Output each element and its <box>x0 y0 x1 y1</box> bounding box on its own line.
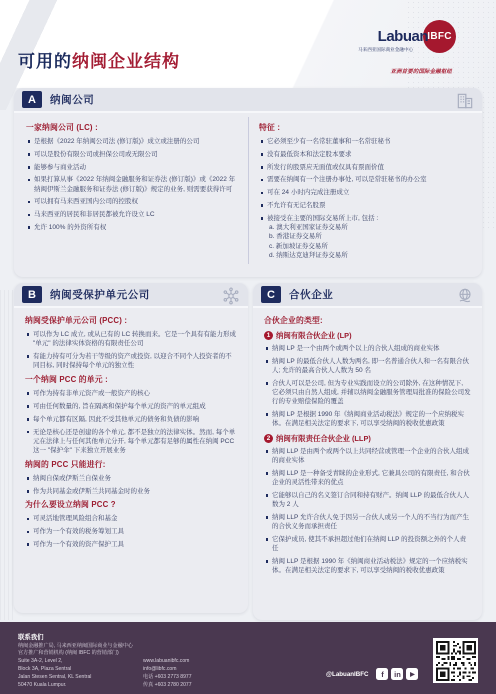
section-c-content: 合伙企业的类型: 1 纳闽有限合伙企业 (LP) 纳闽 LP 是一个由两个或两个… <box>253 308 482 575</box>
section-b-badge: B <box>22 286 42 303</box>
exchange-item: b. 香港证券交易所 <box>267 232 472 241</box>
lp-title: 纳闽有限合伙企业 (LP) <box>276 330 352 341</box>
pcc-why-heading: 为什么要设立纳闽 PCC ? <box>25 499 237 510</box>
pcc-list: 可以作为 LC 成立, 或从已有的 LC 转换而来。它是一个具有有能力形成 "单… <box>25 330 237 370</box>
page-title: 可用的纳闽企业结构 <box>18 47 180 72</box>
list-item: 它能够以自己的名义签订合同和持有财产。纳闽 LLP 的最低合伙人人数为 2 人 <box>264 491 471 509</box>
list-item: 如果打算从事《2022 年纳闽金融服务和证券法 (修订版)》或《2022 年纳闽… <box>26 175 240 193</box>
number-2-icon: 2 <box>264 434 273 443</box>
address-line: 50470 Kuala Lumpur. <box>18 682 91 690</box>
list-item: 它保护成员, 使其不承担超过他们在纳闽 LLP 的投资额之外的个人责任 <box>264 535 471 553</box>
section-partnerships: C 合伙企业 合伙企业的类型: 1 纳闽有限合伙企业 (LP) 纳闽 LP 是一… <box>253 283 482 620</box>
section-a-content: 一家纳闽公司 (LC) : 是根据《2022 年纳闽公司法 (修订版)》成立或注… <box>14 113 482 264</box>
logo-tagline: 亚洲首要的国际金融枢纽 <box>391 67 453 75</box>
network-icon <box>221 286 241 306</box>
address-line: Jalan Stesen Sentral, KL Sentral <box>18 674 91 682</box>
pcc-business-list: 纳闽自保或伊斯兰自保业务 作为共同基金或伊斯兰共同基金时的业务 <box>25 474 237 496</box>
features-bullet-list: 它必须至少有一名常驻董事和一名常驻秘书 没有最低资本和法定股本要求 所发行的股票… <box>259 137 472 260</box>
list-item: 允许 100% 的外资所有权 <box>26 223 240 232</box>
decor-stripe-left <box>0 290 14 620</box>
lc-heading: 一家纳闽公司 (LC) : <box>26 122 240 133</box>
list-item: 纳闽 LP 的最低合伙人人数为两名, 即一名普通合伙人和一名有限合伙人; 允许的… <box>264 357 471 375</box>
section-a-badge: A <box>22 91 42 108</box>
pcc-heading: 纳闽受保护单元公司 (PCC) : <box>25 315 237 326</box>
youtube-icon[interactable]: ▶ <box>406 668 418 680</box>
page-title-prefix: 可用的 <box>18 52 72 71</box>
fax-number: 传真 +603 2780 2077 <box>143 682 192 690</box>
list-item: 它必须至少有一名常驻董事和一名常驻秘书 <box>259 137 472 146</box>
list-item: 作为共同基金或伊斯兰共同基金时的业务 <box>25 487 237 496</box>
social-row: @LabuanIBFC f in ▶ <box>326 668 418 680</box>
llp-list: 纳闽 LLP 是由两个或两个以上共同经营或管理一个企业的合伙人组成的商业实体 纳… <box>264 447 471 576</box>
list-item: 纳闽自保或伊斯兰自保业务 <box>25 474 237 483</box>
footer-contact-block: 联系我们 纳闽金融推广局, 马来西亚纳闽国际商业与金融中心 官方推广和营销机构 … <box>18 632 218 658</box>
list-item: 无论是核心还是创建的各个单元, 都不是独立的法律实体。然而, 每个单元在法律上与… <box>25 428 237 456</box>
list-item: 合伙人可以是公司, 但为专业实践而设立的公司除外, 在这种情况下, 它必须只由自… <box>264 379 471 407</box>
list-item: 可灵活地管理风险组合和基金 <box>25 514 237 523</box>
list-item: 不允许有无记名股票 <box>259 201 472 210</box>
pcc-business-heading: 纳闽的 PCC 只能进行: <box>25 459 237 470</box>
address-line: Suite 3A-2, Level 2, <box>18 658 91 666</box>
section-labuan-company: A 纳闽公司 一家纳闽公司 (LC) : 是根据《2022 年纳闽公司法 (修订… <box>14 88 482 277</box>
section-b-header: B 纳闽受保护单元公司 <box>14 283 248 308</box>
lp-subsection-title: 1 纳闽有限合伙企业 (LP) <box>264 330 471 341</box>
list-item: 没有最低资本和法定股本要求 <box>259 150 472 159</box>
partnership-types-heading: 合伙企业的类型: <box>264 315 471 326</box>
social-handle: @LabuanIBFC <box>326 671 368 678</box>
website-link[interactable]: www.labuanibfc.com <box>143 658 192 666</box>
list-item: 有能力持有可分为若干等级的资产或投资, 以迎合不同个人投资者的不同目标, 同时保… <box>25 352 237 370</box>
list-item: 可以作为 LC 成立, 或从已有的 LC 转换而来。它是一个具有有能力形成 "单… <box>25 330 237 348</box>
list-item: 可以是股份有限公司或担保公司或无限公司 <box>26 150 240 159</box>
list-item: 可作为一个有效的资产保护工具 <box>25 540 237 549</box>
section-b-title: 纳闽受保护单元公司 <box>50 287 150 302</box>
section-c-header: C 合伙企业 <box>253 283 482 308</box>
section-a-left-column: 一家纳闽公司 (LC) : 是根据《2022 年纳闽公司法 (修订版)》成立或注… <box>24 117 248 264</box>
qr-code <box>433 638 478 683</box>
list-item: 能够参与商业活动 <box>26 163 240 172</box>
llp-subsection-title: 2 纳闽有限责任合伙企业 (LLP) <box>264 433 471 444</box>
section-b-content: 纳闽受保护单元公司 (PCC) : 可以作为 LC 成立, 或从已有的 LC 转… <box>14 308 248 549</box>
number-1-icon: 1 <box>264 331 273 340</box>
pcc-cell-heading: 一个纳闽 PCC 的单元 : <box>25 374 237 385</box>
section-c-title: 合伙企业 <box>289 287 333 302</box>
pcc-why-list: 可灵活地管理风险组合和基金 可作为一个有效的税务筹划工具 可作为一个有效的资产保… <box>25 514 237 549</box>
list-item: 是根据《2022 年纳闽公司法 (修订版)》成立或注册的公司 <box>26 137 240 146</box>
facebook-icon[interactable]: f <box>376 668 388 680</box>
list-item: 纳闽 LLP 是根据 1990 年《纳闽商业活动税法》规定的一个应纳税实体。在满… <box>264 557 471 575</box>
footer-contact-details: www.labuanibfc.com info@libfc.com 电话 +60… <box>143 658 192 690</box>
list-item: 纳闽 LP 是一个由两个或两个以上的合伙人组成的商业实体 <box>264 344 471 353</box>
contact-heading: 联系我们 <box>18 632 218 641</box>
section-protected-cell-company: B 纳闽受保护单元公司 纳闽受保护单元公司 (PCC) : 可以作为 LC 成立… <box>14 283 248 613</box>
list-item: 纳闽 LLP 允许合伙人免于因另一合伙人或另一个人的不当行为而产生的合伙义务而承… <box>264 513 471 531</box>
page-title-main: 纳闽企业结构 <box>72 52 180 71</box>
llp-title: 纳闽有限责任合伙企业 (LLP) <box>276 433 371 444</box>
linkedin-icon[interactable]: in <box>391 668 403 680</box>
section-c-badge: C <box>261 286 281 303</box>
list-item: 纳闽 LLP 是一种备受青睐的企业形式, 它兼具公司的有限责任, 和合伙企业的灵… <box>264 469 471 487</box>
list-item: 马来西亚的居民和非居民都被允许设立 LC <box>26 210 240 219</box>
pcc-cell-list: 可作为持有非单元资产或一般资产的核心 可由任何数量的, 旨在隔离和保护每个单元的… <box>25 389 237 455</box>
list-item: 纳闽 LLP 是由两个或两个以上共同经营或管理一个企业的合伙人组成的商业实体 <box>264 447 471 465</box>
building-icon <box>455 91 475 111</box>
lp-list: 纳闽 LP 是一个由两个或两个以上的合伙人组成的商业实体 纳闽 LP 的最低合伙… <box>264 344 471 429</box>
list-item: 每个单元都有区隔, 因此不受其他单元的债务和负债的影响 <box>25 415 237 424</box>
phone-number: 电话 +603 2773 8977 <box>143 674 192 682</box>
section-a-header: A 纳闽公司 <box>14 88 482 113</box>
list-item: 被接受在主要的国际交易所上市, 包括 : a. 澳大利亚国家证券交易所 b. 香… <box>259 214 472 260</box>
exchange-item: c. 新加坡证券交易所 <box>267 242 472 251</box>
list-item: 需要在纳闽有一个注册办事处, 可以是常驻秘书的办公室 <box>259 175 472 184</box>
footer-address: Suite 3A-2, Level 2, Block 3A, Plaza Sen… <box>18 658 91 690</box>
list-item: 可以拥有马来西亚国内公司的控股权 <box>26 197 240 206</box>
exchanges-intro: 被接受在主要的国际交易所上市, 包括 : <box>267 215 378 222</box>
exchange-item: d. 纳斯达克迪拜证券交易所 <box>267 251 472 260</box>
list-item: 纳闽 LP 是根据 1990 年《纳闽商业活动税法》规定的一个应纳税实体。在满足… <box>264 410 471 428</box>
list-item: 所发行的股票应无面值或仅具有票面价值 <box>259 163 472 172</box>
list-item: 可作为一个有效的税务筹划工具 <box>25 527 237 536</box>
exchange-item: a. 澳大利亚国家证券交易所 <box>267 223 472 232</box>
lc-bullet-list: 是根据《2022 年纳闽公司法 (修订版)》成立或注册的公司 可以是股份有限公司… <box>26 137 240 232</box>
address-line: Block 3A, Plaza Sentral <box>18 666 91 674</box>
labuan-ibfc-logo: Labuan IBFC 马来西亚国际商业金融中心 <box>356 20 456 53</box>
section-a-right-column: 特征 : 它必须至少有一名常驻董事和一名常驻秘书 没有最低资本和法定股本要求 所… <box>248 117 472 264</box>
list-item: 可由任何数量的, 旨在隔离和保护每个单元的资产的单元组成 <box>25 402 237 411</box>
section-a-title: 纳闽公司 <box>50 92 94 107</box>
logo-subtitle: 马来西亚国际商业金融中心 <box>358 47 424 53</box>
list-item: 可在 24 小时内完成注册成立 <box>259 188 472 197</box>
footer: 联系我们 纳闽金融推广局, 马来西亚纳闽国际商业与金融中心 官方推广和营销机构 … <box>0 622 496 694</box>
email-link[interactable]: info@libfc.com <box>143 666 192 674</box>
logo-brand-text: Labuan <box>378 28 428 45</box>
list-item: 可作为持有非单元资产或一般资产的核心 <box>25 389 237 398</box>
features-heading: 特征 : <box>259 122 472 133</box>
globe-icon <box>455 286 475 306</box>
